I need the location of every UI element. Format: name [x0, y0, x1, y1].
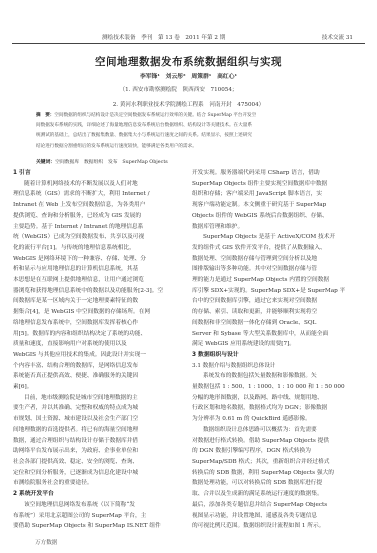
body-text-line: SuperMap Objects 组件主要实现空间数据库中数据 [192, 179, 362, 190]
author-list: 李军锋¹ 刘云彤² 周策群¹ 高红心¹ [0, 71, 377, 80]
body-text-line: 质量和速度，直接影响用户对系统的使用以及 [13, 339, 183, 350]
affiliation-1: （1. 西安市勘察测绘院 陕西西安 710054； [0, 85, 367, 93]
body-text-line: 间地理数据的首选提供者。将已有的海量空间地理 [13, 425, 183, 436]
body-text-line: 视图显示功能，并设置地图、遥感及各类专题信息 [192, 511, 362, 522]
body-text-line: 发的组件式 GIS 软件开发平台，提供了从数据输入、 [192, 243, 362, 254]
body-text-line: Server 和 Sybase 等大型关系数据库中，从而能全面 [192, 329, 362, 340]
body-text-line: 数据处理、空间数据存储与管理到空间分析以及地 [192, 254, 362, 265]
body-text-line: 对数据进行格式转换。借助 SuperMap Objects 提供 [192, 436, 362, 447]
section-heading: 1 引言 [13, 168, 183, 179]
body-text-line: 间数据库是某一区域内关于一定地理要素特征的数 [13, 296, 183, 307]
body-text-line: SuperMap/SDB 格式；其次，重新组织合并经过格式 [192, 457, 362, 468]
body-text-line: 要生产者，并以其准确、完整和权威的特点成为城 [13, 403, 183, 414]
body-text-line: 开发实现。服务器端代码采用 CSharp 语言，借助 [192, 168, 362, 179]
body-text-line: 器浏览和获得地理信息系统中的数据以及功能服务[2-3]。空 [13, 286, 183, 297]
body-text-line: 取、合并以及生成新的满足系统运行速度的数据集。 [192, 489, 362, 500]
journal-info: 测绘技术装备 季刊 第 13 卷 2011 年第 2 期 [102, 33, 225, 41]
body-text-line: Objects 组件的 WebGIS 系统后台数据组织、存储、 [192, 211, 362, 222]
body-text-line: Intranet 在 Web 上发布空间数据信息，为各类用户 [13, 200, 183, 211]
keywords: 关键词：空间数据库 数据组织 发布 SuperMap Objects [36, 158, 168, 165]
body-text-line: 库引擎 SDX+实现的。SuperMap SDX+是 SuperMap 平 [192, 286, 362, 297]
body-text-line: 市规划、国土资源、城市建设以及社会生产部门空 [13, 414, 183, 425]
left-column: 1 引言随着计算机网络技术的不断发展以及人们对地理信息系统（GIS）需求的不断扩… [13, 168, 183, 532]
abstract-line: 统测试的基础上，总结出了数据集数量、数据集大小与系统运行速度之间的关系。结果显示… [36, 131, 336, 141]
body-text-line: 现客户端功能定制。本文侧重于研究基于 SuperMap [192, 200, 362, 211]
affiliation-2: 2. 黄河水利职业技术学院测绘工程系 河南开封 475004） [0, 100, 377, 108]
right-column: 开发实现。服务器端代码采用 CSharp 语言，借助SuperMap Objec… [192, 168, 362, 532]
body-text-line: 间数据和非空间数据一体化存储到 Oracle、SQL [192, 318, 362, 329]
section-heading: 2 系统开发平台 [13, 489, 183, 500]
body-text-line: 的 DGN 数据引擎编写程序，DGN 格式转换为 [192, 446, 362, 457]
running-header: 测绘技术装备 季刊 第 13 卷 2011 年第 2 期 技术交流 31 [12, 33, 365, 44]
body-text-line: 组织和存储；客户端采用 JavaScript 脚本语言，实 [192, 189, 362, 200]
body-text-line: 系统能否真正提供高效、便捷、准确服务的关键因 [13, 371, 183, 382]
body-text-line: 量数据包括 1 : 500、1 : 1000、1 : 10 000 和 1 : … [192, 382, 362, 393]
section-page-number: 技术交流 31 [322, 33, 353, 41]
body-text-line: 分幅的地形图数据，以及路网、路中线、规划用地、 [192, 393, 362, 404]
body-text-line: 的存储、索引、读取和更新，并能够顺利实现将空 [192, 307, 362, 318]
body-text-line: 的可视比例尺范围。数据组织设计流程如图 1 所示。 [192, 521, 362, 532]
body-text-line: 据集合[4]，是 WebGIS 中空间数据的存储场所。在网 [13, 307, 183, 318]
abstract-line: 结论进行数据分割重组后的发布系统运行速度较快，能够满足各类用户的需求。 [36, 142, 336, 152]
body-text-line: 布系统”）采用北京超图公司的 SuperMap 平台，主 [13, 511, 183, 522]
body-text-line: 提供浏览、查询和分析服务，已经成为 GIS 发展的 [13, 211, 183, 222]
body-text-line: 理的能力是通过 SuperMap Objects 内置的空间数据 [192, 275, 362, 286]
body-text-line: 满足 WebGIS 应用系统建设的需要[7]。 [192, 339, 362, 350]
journal-page: 测绘技术装备 季刊 第 13 卷 2011 年第 2 期 技术交流 31 空间地… [0, 0, 377, 553]
watermark-brand: 万方数据 [35, 538, 57, 546]
body-text-line: 转换后的 SDB 数据，利用 SuperMap Objects 强大的 [192, 468, 362, 479]
body-text-line: WebGIS 是网络环境下的一种兼容、存储、处理、分 [13, 254, 183, 265]
body-text-line: 络地理信息发布系统中，空间数据库发挥着核心作 [13, 318, 183, 329]
abstract: 摘 要：空间数据的组织与结构设计是决定空间数据发布系统运行效率的关键。结合 Su… [36, 111, 336, 152]
body-text-line: 随着计算机网络技术的不断发展以及人们对地 [13, 179, 183, 190]
subsection-heading: 3.1 数据介绍与数据组织总体设计 [192, 361, 362, 372]
keywords-label: 关键词： [36, 159, 55, 165]
body-text-line: 素[6]。 [13, 382, 183, 393]
body-text-line: 市测绘院服务社会的重要途径。 [13, 478, 183, 489]
abstract-line: 间数据发布系统的实践，详细论述了海量地理信息发布系统后台数据组织、结构设计等关键… [36, 121, 336, 131]
body-text-line: 个内容丰富、结构合理的数据库，是网络信息发布 [13, 361, 183, 372]
body-text-line: 要借助 SuperMap Objects 和 SuperMap IS.NET 组… [13, 521, 183, 532]
body-text-line: 行政区划和地名数据，数据格式均为 DGN；影像数据 [192, 403, 362, 414]
body-text-line: 数据库管理和维护。 [192, 222, 362, 233]
body-text-line: 目前，地市级测绘院是城市空间地理数据的主 [13, 393, 183, 404]
body-text-line: 用[5]。数据库的内容和组织结构决定了系统的功能、 [13, 329, 183, 340]
abstract-label: 摘 要： [36, 113, 54, 118]
body-text-line: 析和显示与应用地理信息的计算机信息系统，其基 [13, 264, 183, 275]
body-text-line: 本思想是在互联网上提供地理信息，让用户通过浏览 [13, 275, 183, 286]
body-text-line: 台中的空间数据库引擎，通过它来实现对空间数据 [192, 296, 362, 307]
body-text-line: 统（WebGIS）已成为空间数据发布、共享以及可视 [13, 232, 183, 243]
body-text-line: 为分辨率为 0.61 m 的 QuickBird 遥感影像。 [192, 414, 362, 425]
keywords-text: 空间数据库 数据组织 发布 SuperMap Objects [55, 160, 168, 165]
section-heading: 3 数据组织与设计 [192, 350, 362, 361]
body-text-line: 最后，添加各类专题信息并结合 SuperMap Objects [192, 500, 362, 511]
body-text-line: 社会各部门提供高效、稳定、安全的浏览、查询、 [13, 457, 183, 468]
body-text-line: WebGIS 与其他应用技术的集成。因此设计并实现一 [13, 350, 183, 361]
body-text-line: 助网络平台发布展示出来，为政府、企事业单位和 [13, 446, 183, 457]
body-text-line: 数据处理功能，可以对转换后的 SDB 数据库进行提 [192, 478, 362, 489]
body-text-line: 数据组织设计总体思路可以概括为：首先需要 [192, 425, 362, 436]
body-text-line: 图排版输出等多种功能。其中对空间数据存储与管 [192, 264, 362, 275]
body-text-line: 系统发布的数据包括矢量数据和影像数据。矢 [192, 371, 362, 382]
abstract-line: 摘 要：空间数据的组织与结构设计是决定空间数据发布系统运行效率的关键。结合 Su… [36, 111, 336, 121]
article-title: 空间地理数据发布系统数据组织与实现 [0, 54, 377, 69]
body-text-line: 定位和空间分析服务，已逐渐成为信息化建设中城 [13, 468, 183, 479]
body-text-line: 该空间地理信息网络发布系统（以下简称“发 [13, 500, 183, 511]
body-text-line: 理信息系统（GIS）需求的不断扩大，利用 Internet / [13, 189, 183, 200]
body-text-line: SuperMap Objects 是基于 ActiveX/COM 技术开 [192, 232, 362, 243]
body-text-line: 化的流行平台[1]。与传统的地理信息系统相比， [13, 243, 183, 254]
body-text-line: 主要趋势。基于 Internet / Intranet 的地理信息系 [13, 222, 183, 233]
body-text-line: 数据，通过合理组织与结构设计存储于数据库并借 [13, 436, 183, 447]
